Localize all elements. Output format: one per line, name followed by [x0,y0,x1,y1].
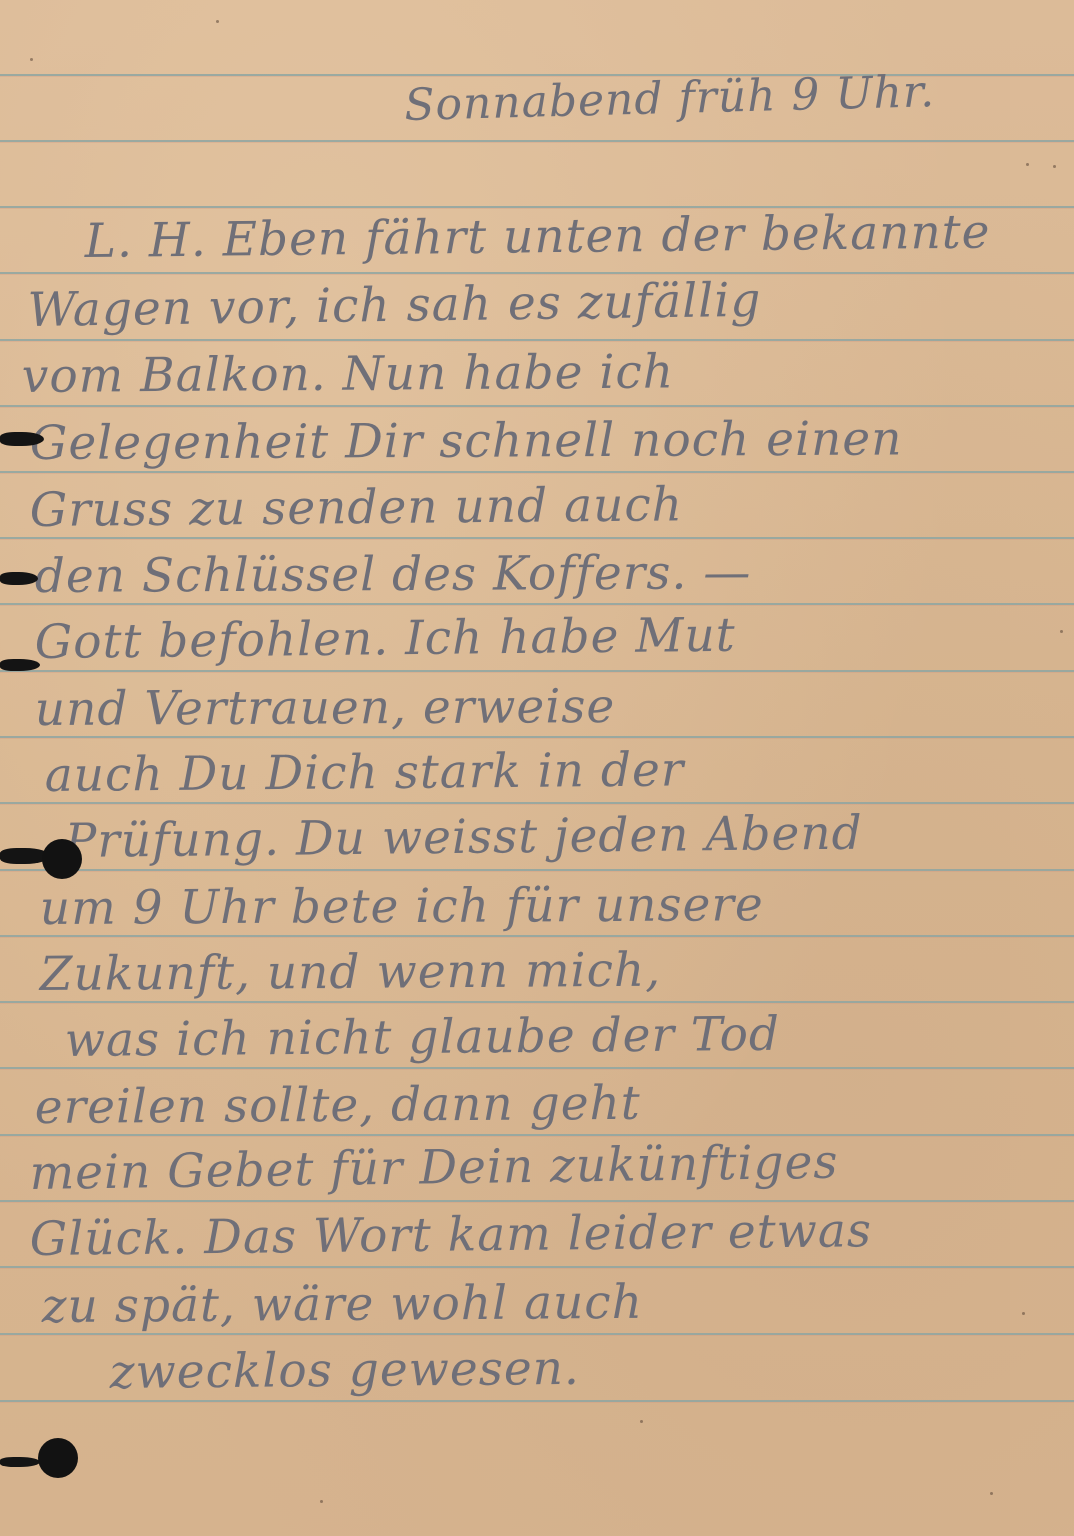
punch-hole [38,1438,78,1478]
letter-line: ereilen sollte, dann geht [35,1076,641,1135]
letter-line: um 9 Uhr bete ich für unsere [40,877,764,936]
letter-line: was ich nicht glaube der Tod [65,1007,781,1068]
ruled-line [0,1067,1074,1069]
letter-line: Wagen vor, ich sah es zufällig [27,273,762,338]
ruled-line [0,1134,1074,1136]
ruled-line [0,1200,1074,1202]
letter-line: Glück. Das Wort kam leider etwas [29,1203,872,1267]
letter-line: Prüfung. Du weisst jeden Abend [64,806,863,869]
ruled-line [0,802,1074,804]
letter-line: Gruss zu senden und auch [30,477,684,538]
ruled-line [0,670,1074,672]
ruled-line [0,1400,1074,1402]
ruled-line [0,869,1074,871]
paper-speck [30,58,33,61]
letter-page: Sonnabend früh 9 Uhr. L. H. Eben fährt u… [0,0,1074,1536]
ruled-line [0,537,1074,539]
ruled-line [0,405,1074,407]
paper-speck [216,20,219,23]
letter-line: Zukunft, und wenn mich, [40,943,662,1002]
ruled-line [0,471,1074,473]
letter-line: Gott befohlen. Ich habe Mut [34,608,735,670]
paper-speck [1022,1312,1025,1315]
ruled-line [0,339,1074,341]
paper-speck [990,1492,993,1495]
ruled-line [0,140,1074,142]
letter-line: auch Du Dich stark in der [45,742,685,803]
ruled-line [0,272,1074,274]
letter-line: Gelegenheit Dir schnell noch einen [30,411,903,471]
paper-speck [640,1420,643,1423]
letter-line: mein Gebet für Dein zukünftiges [29,1135,839,1201]
paper-speck [1060,630,1063,633]
paper-speck [1053,165,1056,168]
letter-line: vom Balkon. Nun habe ich [22,344,675,404]
letter-line: L. H. Eben fährt unten der bekannte [84,205,990,269]
punch-mark [0,432,44,446]
letter-line: zu spät, wäre wohl auch [42,1275,643,1334]
paper-speck [320,1500,323,1503]
letter-line: und Vertrauen, erweise [35,679,616,737]
ruled-line [0,1333,1074,1335]
punch-mark [0,659,40,671]
punch-mark [0,572,38,585]
punch-hole [42,839,82,879]
letter-line: zwecklos gewesen. [110,1341,581,1400]
punch-mark [0,1457,40,1467]
letter-line: den Schlüssel des Koffers. — [35,545,752,604]
ruled-line [0,1266,1074,1268]
paper-speck [1026,163,1029,166]
ruled-line [0,1001,1074,1003]
